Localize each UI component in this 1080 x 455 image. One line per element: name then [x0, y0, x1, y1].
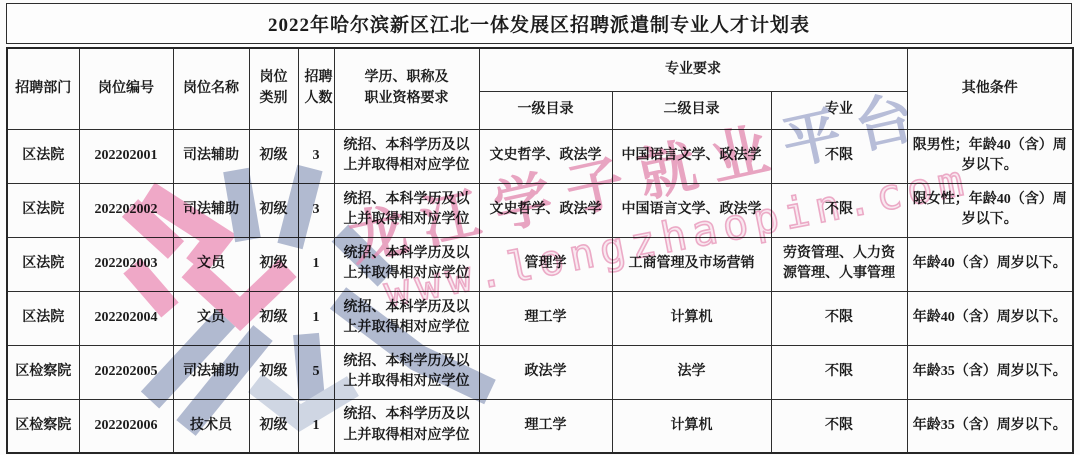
- cell-lvl2: 计算机: [612, 399, 771, 453]
- col-header-other: 其他条件: [907, 48, 1073, 129]
- col-header-name: 岗位名称: [173, 48, 249, 129]
- cell-lvl2: 计算机: [612, 291, 771, 345]
- cell-category: 初级: [249, 237, 298, 291]
- cell-dept: 区检察院: [7, 345, 79, 399]
- col-header-category: 岗位类别: [249, 48, 298, 129]
- col-header-dept: 招聘部门: [7, 48, 79, 129]
- cell-code: 202202006: [79, 399, 173, 453]
- cell-name: 司法辅助: [173, 129, 249, 183]
- cell-code: 202202001: [79, 129, 173, 183]
- cell-education: 统招、本科学历及以上并取得相对应学位: [334, 183, 479, 237]
- col-header-lvl2: 二级目录: [612, 91, 771, 129]
- cell-lvl1: 理工学: [479, 399, 612, 453]
- cell-name: 文员: [173, 291, 249, 345]
- cell-education: 统招、本科学历及以上并取得相对应学位: [334, 237, 479, 291]
- cell-lvl1: 理工学: [479, 291, 612, 345]
- col-header-code: 岗位编号: [79, 48, 173, 129]
- cell-category: 初级: [249, 291, 298, 345]
- cell-major: 不限: [771, 183, 907, 237]
- table-row-1: 区法院 202202001 司法辅助 初级 3 统招、本科学历及以上并取得相对应…: [7, 129, 1073, 183]
- recruitment-plan-table: 招聘部门 岗位编号 岗位名称 岗位类别 招聘人数 学历、职称及职业资格要求 专业…: [6, 47, 1074, 454]
- cell-major: 劳资管理、人力资源管理、人事管理: [771, 237, 907, 291]
- cell-dept: 区法院: [7, 183, 79, 237]
- cell-lvl1: 管理学: [479, 237, 612, 291]
- cell-other: 年龄40（含）周岁以下。: [907, 291, 1073, 345]
- cell-education: 统招、本科学历及以上并取得相对应学位: [334, 399, 479, 453]
- cell-lvl2: 工商管理及市场营销: [612, 237, 771, 291]
- col-header-education: 学历、职称及职业资格要求: [334, 48, 479, 129]
- cell-name: 司法辅助: [173, 183, 249, 237]
- cell-lvl2: 法学: [612, 345, 771, 399]
- col-header-category-label: 岗位类别: [259, 68, 289, 109]
- col-header-count-label: 招聘人数: [304, 68, 334, 109]
- cell-lvl1: 文史哲学、政法学: [479, 183, 612, 237]
- table-row-4: 区法院 202202004 文员 初级 1 统招、本科学历及以上并取得相对应学位…: [7, 291, 1073, 345]
- cell-major: 不限: [771, 399, 907, 453]
- cell-other: 年龄40（含）周岁以下。: [907, 237, 1073, 291]
- cell-code: 202202004: [79, 291, 173, 345]
- cell-lvl1: 政法学: [479, 345, 612, 399]
- cell-lvl1: 文史哲学、政法学: [479, 129, 612, 183]
- cell-other: 限男性；年龄40（含）周岁以下。: [907, 129, 1073, 183]
- table-row-5: 区检察院 202202005 司法辅助 初级 5 统招、本科学历及以上并取得相对…: [7, 345, 1073, 399]
- cell-education: 统招、本科学历及以上并取得相对应学位: [334, 129, 479, 183]
- cell-count: 1: [298, 399, 334, 453]
- page-title: 2022年哈尔滨新区江北一体发展区招聘派遣制专业人才计划表: [6, 3, 1072, 44]
- table-row-6: 区检察院 202202006 技术员 初级 1 统招、本科学历及以上并取得相对应…: [7, 399, 1073, 453]
- header-row-1: 招聘部门 岗位编号 岗位名称 岗位类别 招聘人数 学历、职称及职业资格要求 专业…: [7, 48, 1073, 91]
- cell-dept: 区法院: [7, 237, 79, 291]
- cell-dept: 区检察院: [7, 399, 79, 453]
- col-header-education-label: 学历、职称及职业资格要求: [362, 68, 452, 109]
- cell-count: 1: [298, 237, 334, 291]
- cell-category: 初级: [249, 399, 298, 453]
- cell-lvl2: 中国语言文学、政法学: [612, 183, 771, 237]
- cell-count: 3: [298, 183, 334, 237]
- cell-category: 初级: [249, 345, 298, 399]
- cell-name: 文员: [173, 237, 249, 291]
- cell-major: 不限: [771, 291, 907, 345]
- cell-dept: 区法院: [7, 291, 79, 345]
- cell-other: 年龄35（含）周岁以下。: [907, 399, 1073, 453]
- col-header-major-req: 专业要求: [479, 48, 907, 91]
- cell-code: 202202005: [79, 345, 173, 399]
- col-header-lvl1: 一级目录: [479, 91, 612, 129]
- cell-major: 不限: [771, 345, 907, 399]
- col-header-major: 专业: [771, 91, 907, 129]
- cell-count: 1: [298, 291, 334, 345]
- table-row-3: 区法院 202202003 文员 初级 1 统招、本科学历及以上并取得相对应学位…: [7, 237, 1073, 291]
- cell-category: 初级: [249, 183, 298, 237]
- table-row-2: 区法院 202202002 司法辅助 初级 3 统招、本科学历及以上并取得相对应…: [7, 183, 1073, 237]
- cell-name: 技术员: [173, 399, 249, 453]
- cell-other: 限女性；年龄40（含）周岁以下。: [907, 183, 1073, 237]
- cell-education: 统招、本科学历及以上并取得相对应学位: [334, 291, 479, 345]
- document-sheet: 2022年哈尔滨新区江北一体发展区招聘派遣制专业人才计划表 招聘部门 岗位编号 …: [0, 0, 1080, 455]
- col-header-count: 招聘人数: [298, 48, 334, 129]
- cell-dept: 区法院: [7, 129, 79, 183]
- cell-other: 年龄35（含）周岁以下。: [907, 345, 1073, 399]
- cell-education: 统招、本科学历及以上并取得相对应学位: [334, 345, 479, 399]
- cell-code: 202202003: [79, 237, 173, 291]
- cell-name: 司法辅助: [173, 345, 249, 399]
- cell-category: 初级: [249, 129, 298, 183]
- cell-major: 不限: [771, 129, 907, 183]
- cell-count: 5: [298, 345, 334, 399]
- cell-count: 3: [298, 129, 334, 183]
- cell-code: 202202002: [79, 183, 173, 237]
- cell-lvl2: 中国语言文学、政法学: [612, 129, 771, 183]
